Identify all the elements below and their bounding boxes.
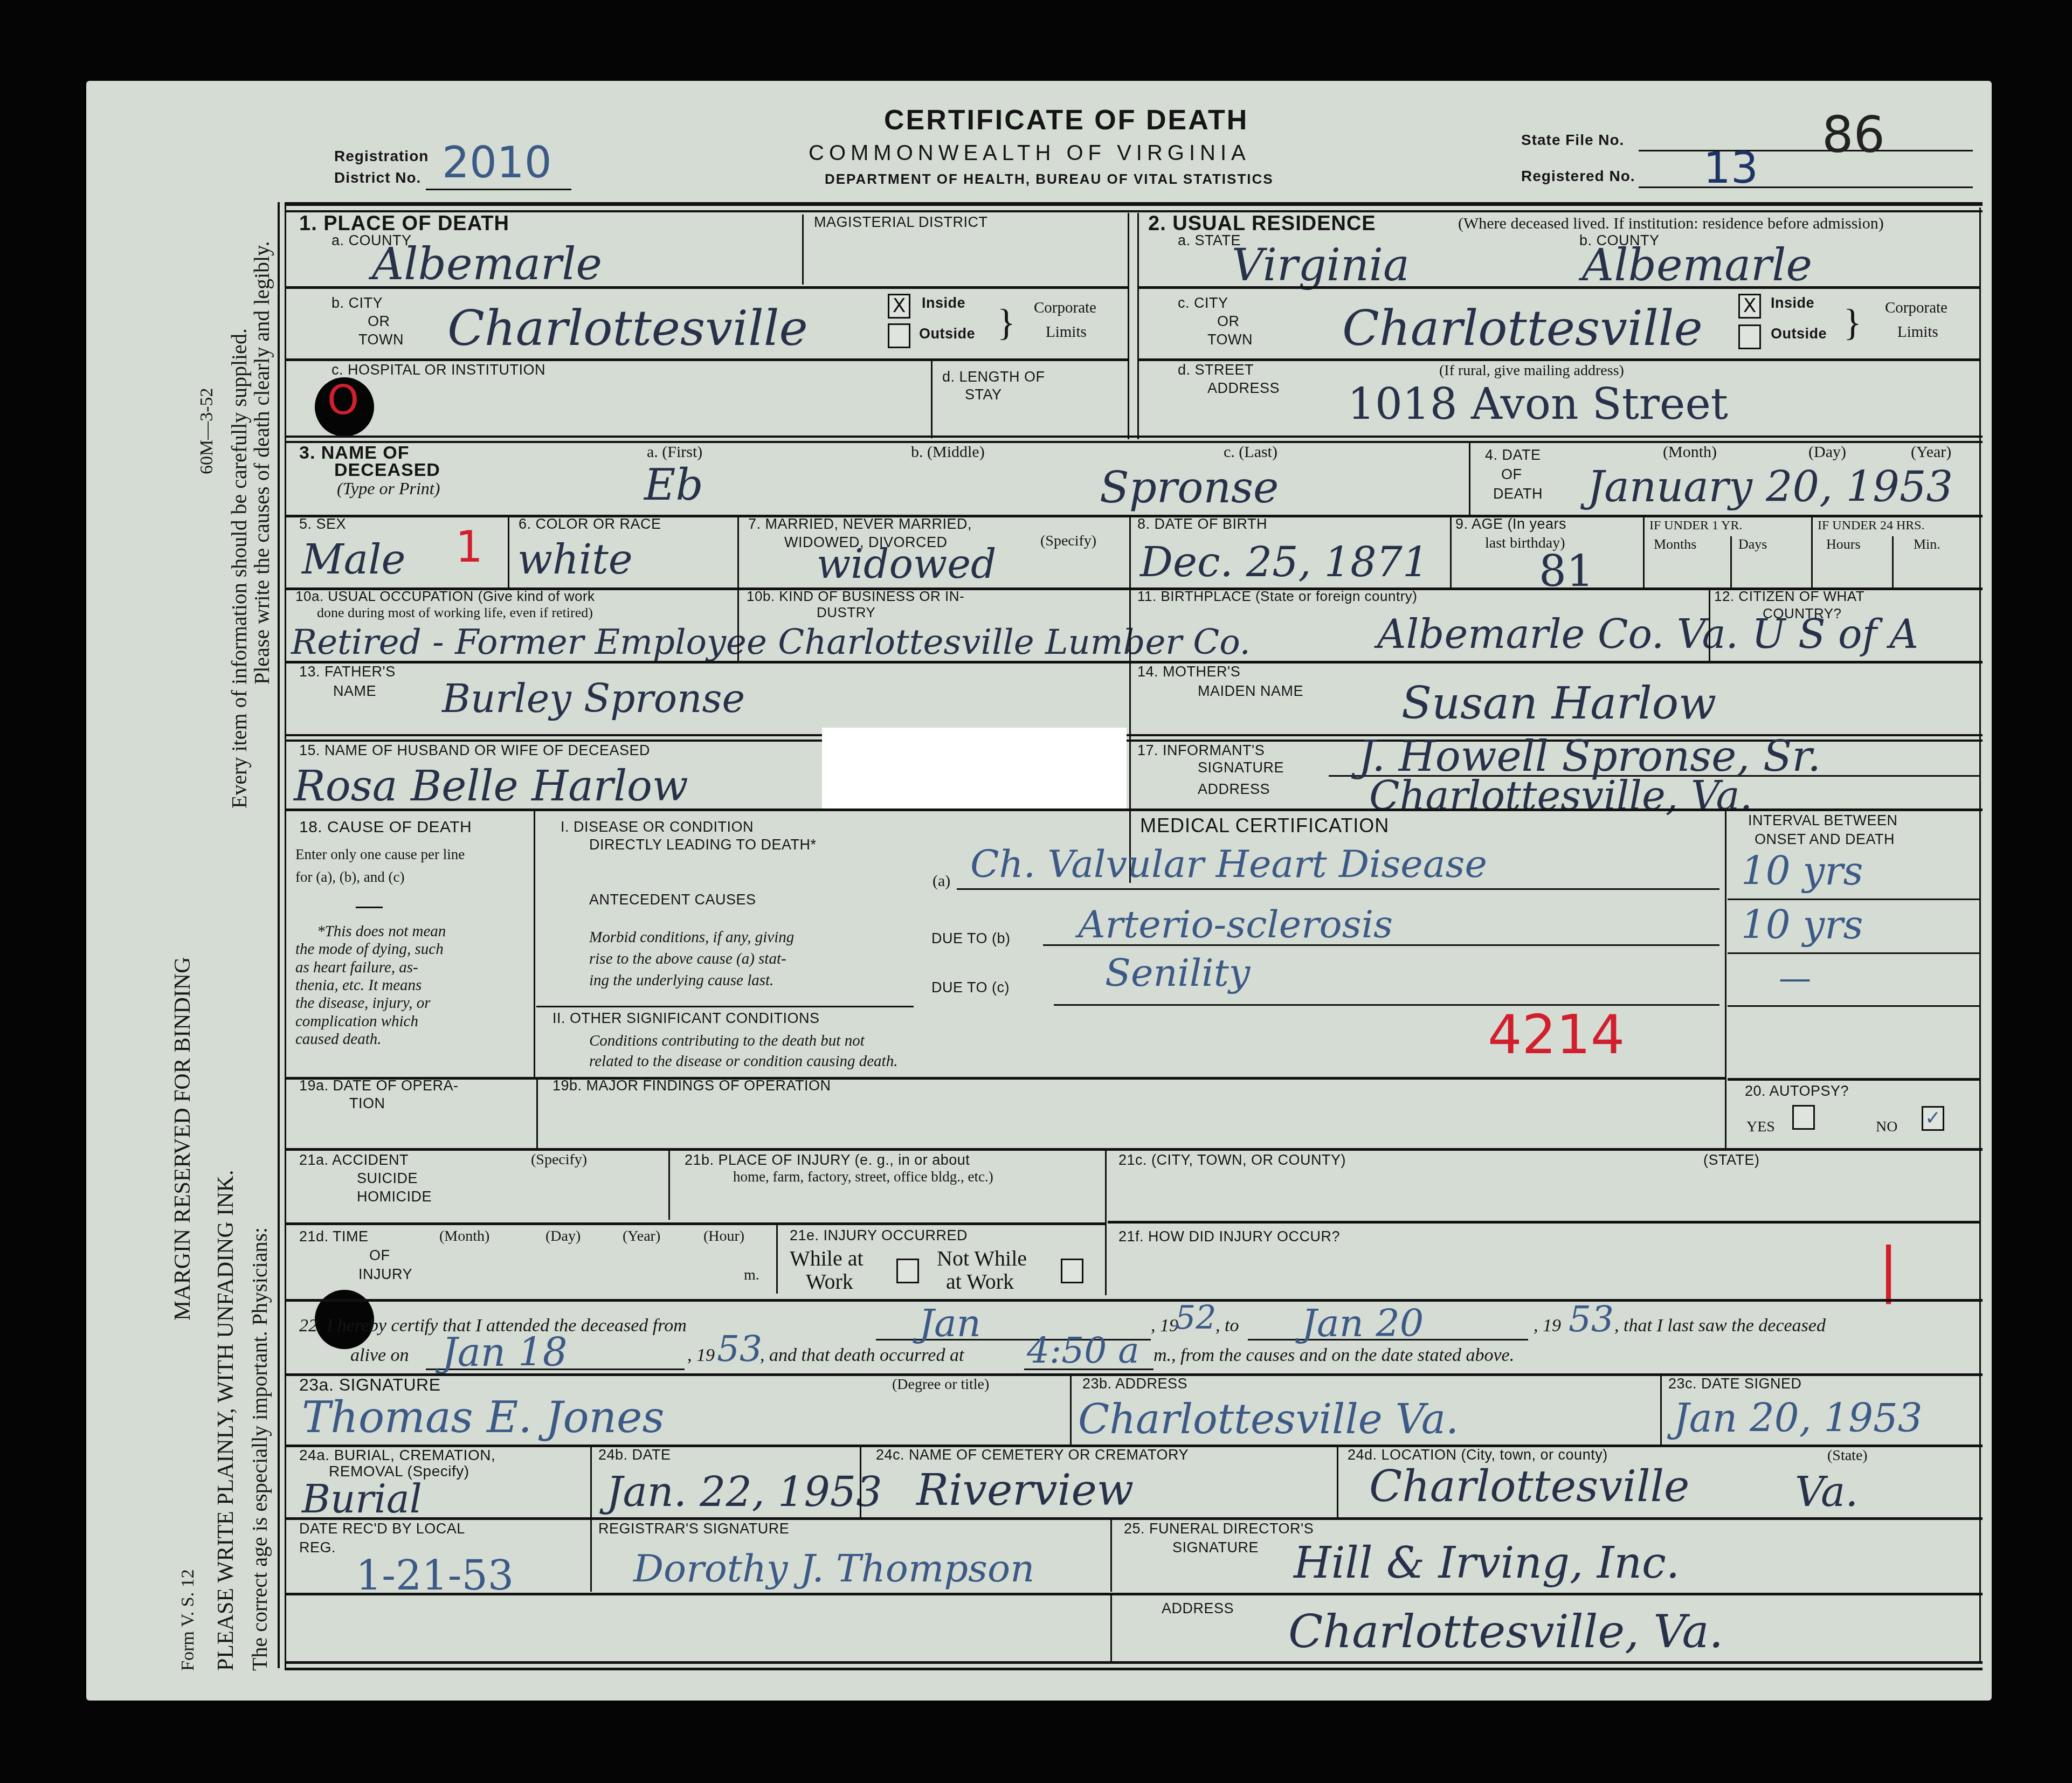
margin-reserved: MARGIN RESERVED FOR BINDING bbox=[170, 957, 196, 1321]
pod-outside-checkbox[interactable] bbox=[888, 323, 910, 348]
while-at-work-label-2: Work bbox=[806, 1269, 853, 1294]
injury-city-label: 21c. (CITY, TOWN, OR COUNTY) bbox=[1118, 1152, 1346, 1169]
age: 81 bbox=[1539, 550, 1594, 593]
burial-date: Jan. 22, 1953 bbox=[606, 1471, 882, 1512]
date-received-label-2: REG. bbox=[299, 1540, 336, 1556]
date-signed-label: 23c. DATE SIGNED bbox=[1668, 1376, 1802, 1392]
date-received-label: DATE REC'D BY LOCAL bbox=[299, 1521, 465, 1537]
res-city: Charlottesville bbox=[1342, 305, 1703, 353]
state-file-label: State File No. bbox=[1521, 132, 1624, 149]
pod-limits-label: Limits bbox=[1046, 323, 1087, 341]
sex-code: 1 bbox=[455, 526, 483, 569]
part2-note-1: Conditions contributing to the death but… bbox=[589, 1032, 865, 1050]
state-file-no: 86 bbox=[1822, 110, 1885, 160]
district-label: District No. bbox=[334, 170, 421, 186]
marital-specify-label: (Specify) bbox=[1040, 533, 1096, 550]
morbid-note-3: ing the underlying cause last. bbox=[589, 972, 773, 990]
marital-status: widowed bbox=[817, 544, 996, 584]
birthplace: Albemarle Co. Va. bbox=[1377, 614, 1738, 654]
res-city-label: c. CITY bbox=[1178, 295, 1228, 312]
under-24hrs-label: IF UNDER 24 HRS. bbox=[1818, 519, 1925, 534]
date-signed: Jan 20, 1953 bbox=[1674, 1399, 1923, 1438]
time-of-injury-label-2: OF bbox=[369, 1248, 390, 1264]
certificate-title: CERTIFICATE OF DEATH bbox=[884, 105, 1248, 136]
operation-date-label: 19a. DATE OF OPERA- bbox=[299, 1078, 459, 1094]
injury-state-label: (STATE) bbox=[1703, 1152, 1760, 1169]
red-tick-mark: | bbox=[1878, 1240, 1898, 1299]
registered-label: Registered No. bbox=[1521, 168, 1635, 185]
place-of-injury-label: 21b. PLACE OF INJURY (e. g., in or about bbox=[685, 1152, 970, 1169]
degree-label: (Degree or title) bbox=[892, 1376, 989, 1393]
res-street-label: d. STREET bbox=[1178, 362, 1254, 378]
sex-label: 5. SEX bbox=[299, 516, 346, 533]
brace-icon: } bbox=[997, 302, 1016, 345]
cause-a-label: (a) bbox=[933, 872, 950, 891]
first-name-label: a. (First) bbox=[647, 443, 702, 462]
last-seen-year: 53 bbox=[717, 1331, 762, 1367]
res-outside-checkbox[interactable] bbox=[1738, 324, 1761, 349]
autopsy-yes-label: YES bbox=[1746, 1118, 1775, 1136]
last-seen-alive: Jan 18 bbox=[442, 1333, 568, 1372]
antecedent-label: ANTECEDENT CAUSES bbox=[589, 892, 756, 908]
while-at-work-checkbox[interactable] bbox=[896, 1259, 919, 1283]
race-label: 6. COLOR OR RACE bbox=[519, 516, 661, 533]
accident-label: 21a. ACCIDENT bbox=[299, 1152, 409, 1169]
business-label: 10b. KIND OF BUSINESS OR IN- bbox=[747, 589, 964, 604]
how-injury-label: 21f. HOW DID INJURY OCCUR? bbox=[1118, 1229, 1340, 1245]
registration-label: Registration bbox=[334, 148, 429, 165]
res-outside-label: Outside bbox=[1771, 326, 1827, 342]
date-of-death: January 20, 1953 bbox=[1587, 466, 1953, 508]
middle-name-label: b. (Middle) bbox=[911, 443, 985, 462]
interval-label-2: ONSET AND DEATH bbox=[1755, 832, 1895, 848]
not-while-at-work-label-2: at Work bbox=[946, 1269, 1014, 1294]
dob-label: 8. DATE OF BIRTH bbox=[1137, 516, 1267, 533]
cause-of-death-label: 18. CAUSE OF DEATH bbox=[299, 818, 472, 836]
burial-type-label: 24a. BURIAL, CREMATION, bbox=[299, 1447, 495, 1464]
physician-signature-label: 23a. SIGNATURE bbox=[299, 1376, 440, 1394]
suicide-label: SUICIDE bbox=[357, 1171, 418, 1187]
res-address-label: ADDRESS bbox=[1207, 381, 1280, 397]
name-label-3: (Type or Print) bbox=[337, 479, 440, 499]
pod-outside-label: Outside bbox=[919, 326, 975, 342]
cause-c: Senility bbox=[1105, 954, 1250, 992]
last-name: Spronse bbox=[1100, 466, 1279, 509]
cause-instr-2: for (a), (b), and (c) bbox=[295, 869, 404, 886]
race: white bbox=[517, 539, 633, 580]
cemetery-label: 24c. NAME OF CEMETERY OR CREMATORY bbox=[876, 1447, 1189, 1463]
funeral-director-label: 25. FUNERAL DIRECTOR'S bbox=[1124, 1521, 1314, 1537]
morbid-note-2: rise to the above cause (a) stat- bbox=[589, 950, 786, 968]
margin-careful: Every item of information should be care… bbox=[226, 328, 252, 808]
part1-label: I. DISEASE OR CONDITION bbox=[561, 819, 754, 835]
injury-m-label: m. bbox=[744, 1267, 759, 1284]
autopsy-no-label: NO bbox=[1876, 1118, 1897, 1136]
pod-city-label-or: OR bbox=[368, 314, 390, 330]
citizenship: U S of A bbox=[1752, 614, 1918, 654]
dod-month-label: (Month) bbox=[1663, 443, 1717, 462]
length-of-stay-label: d. LENGTH OF bbox=[942, 369, 1045, 385]
accident-specify-label: (Specify) bbox=[531, 1151, 587, 1169]
magisterial-district-label: MAGISTERIAL DISTRICT bbox=[814, 215, 988, 231]
cause-b: Arterio-sclerosis bbox=[1078, 906, 1393, 943]
operation-findings-label: 19b. MAJOR FINDINGS OF OPERATION bbox=[552, 1078, 831, 1094]
while-at-work-label: While at bbox=[790, 1246, 864, 1271]
medical-certification-label: MEDICAL CERTIFICATION bbox=[1140, 815, 1389, 837]
attended-to-year: 53 bbox=[1569, 1302, 1614, 1337]
spouse-label: 15. NAME OF HUSBAND OR WIFE OF DECEASED bbox=[299, 743, 650, 759]
last-name-label: c. (Last) bbox=[1224, 443, 1277, 462]
homicide-label: HOMICIDE bbox=[357, 1189, 432, 1205]
autopsy-label: 20. AUTOPSY? bbox=[1745, 1083, 1849, 1100]
commonwealth-title: COMMONWEALTH OF VIRGINIA bbox=[809, 141, 1251, 165]
first-name: Eb bbox=[644, 464, 703, 507]
res-limits-label: Limits bbox=[1897, 323, 1938, 341]
cause-note: *This does not mean the mode of dying, s… bbox=[295, 923, 524, 1048]
time-of-injury-label: 21d. TIME bbox=[299, 1229, 369, 1245]
funeral-address-label: ADDRESS bbox=[1162, 1601, 1234, 1617]
business-label-2: DUSTRY bbox=[817, 605, 875, 620]
mother-label: 14. MOTHER'S bbox=[1137, 664, 1240, 680]
marital-label: 7. MARRIED, NEVER MARRIED, bbox=[748, 516, 972, 533]
occupation-label: 10a. USUAL OCCUPATION (Give kind of work bbox=[295, 589, 595, 604]
res-corporate-label: Corporate bbox=[1885, 299, 1947, 317]
dod-label: 4. DATE bbox=[1485, 447, 1541, 464]
time-of-death: 4:50 a bbox=[1027, 1333, 1139, 1369]
injury-occurred-label: 21e. INJURY OCCURRED bbox=[790, 1228, 968, 1244]
interval-label: INTERVAL BETWEEN bbox=[1748, 813, 1898, 829]
redacted-field-16 bbox=[822, 728, 1127, 808]
funeral-director-label-2: SIGNATURE bbox=[1172, 1540, 1259, 1556]
res-inside-label: Inside bbox=[1771, 295, 1814, 312]
physician-signature: Thomas E. Jones bbox=[302, 1396, 665, 1439]
citizen-label: 12. CITIZEN OF WHAT bbox=[1714, 589, 1864, 604]
injury-day-label: (Day) bbox=[545, 1228, 581, 1245]
mother-label-2: MAIDEN NAME bbox=[1198, 683, 1303, 700]
disposition: Burial bbox=[302, 1480, 422, 1518]
funeral-director-signature: Hill & Irving, Inc. bbox=[1294, 1542, 1680, 1585]
interval-a: 10 yrs bbox=[1741, 852, 1863, 890]
min-label: Min. bbox=[1914, 536, 1940, 552]
cause-b-label: DUE TO (b) bbox=[931, 931, 1011, 947]
dod-label-3: DEATH bbox=[1493, 486, 1543, 502]
pod-county: Albemarle bbox=[372, 243, 602, 287]
margin-age: The correct age is especially important.… bbox=[247, 1227, 272, 1671]
res-street: 1018 Avon Street bbox=[1348, 383, 1728, 426]
hours-label: Hours bbox=[1826, 536, 1861, 552]
margin-form-code: 60M—3-52 bbox=[197, 388, 217, 474]
length-of-stay-label-2: STAY bbox=[965, 387, 1002, 403]
dod-year-label: (Year) bbox=[1911, 443, 1951, 462]
place-of-injury-note: home, farm, factory, street, office bldg… bbox=[733, 1169, 993, 1185]
cemetery-name: Riverview bbox=[916, 1469, 1134, 1512]
age-label: 9. AGE (In years bbox=[1455, 516, 1566, 533]
attended-from-year: 52 bbox=[1175, 1302, 1216, 1334]
autopsy-no-checkbox[interactable]: ✓ bbox=[1922, 1106, 1944, 1131]
margin-causes: Please write the causes of death clearly… bbox=[249, 241, 274, 685]
registration-district-no: 2010 bbox=[442, 141, 552, 184]
morbid-note-1: Morbid conditions, if any, giving bbox=[589, 929, 794, 946]
funeral-address: Charlottesville, Va. bbox=[1288, 1609, 1723, 1654]
birthplace-label: 11. BIRTHPLACE (State or foreign country… bbox=[1137, 589, 1418, 604]
injury-hour-label: (Hour) bbox=[703, 1228, 744, 1245]
interval-c: — bbox=[1779, 962, 1811, 994]
informant-signature: J. Howell Spronse, Sr. bbox=[1358, 736, 1821, 778]
spouse-name: Rosa Belle Harlow bbox=[294, 765, 688, 807]
informant-label-2: SIGNATURE bbox=[1198, 760, 1284, 776]
cause-code: 4214 bbox=[1488, 1008, 1625, 1062]
dod-day-label: (Day) bbox=[1808, 443, 1846, 462]
burial-date-label: 24b. DATE bbox=[598, 1447, 671, 1463]
attended-to: Jan 20 bbox=[1302, 1304, 1424, 1342]
part1-label-2: DIRECTLY LEADING TO DEATH* bbox=[589, 837, 817, 853]
cause-instr-1: Enter only one cause per line bbox=[295, 846, 465, 863]
date-received: 1-21-53 bbox=[356, 1555, 514, 1596]
occupation: Retired - Former Employee Charlottesvill… bbox=[291, 625, 1251, 660]
not-while-at-work-checkbox[interactable] bbox=[1061, 1259, 1083, 1283]
hospital-label: c. HOSPITAL OR INSTITUTION bbox=[331, 362, 545, 378]
res-city-label-or: OR bbox=[1217, 314, 1240, 330]
days-label: Days bbox=[1738, 536, 1767, 552]
sex: Male bbox=[302, 539, 405, 580]
margin-plainly: PLEASE WRITE PLAINLY, WITH UNFADING INK. bbox=[213, 1170, 239, 1671]
pod-city-label-town: TOWN bbox=[358, 332, 404, 348]
part2-label: II. OTHER SIGNIFICANT CONDITIONS bbox=[552, 1011, 820, 1027]
res-county: Albemarle bbox=[1582, 244, 1812, 288]
informant-label: 17. INFORMANT'S bbox=[1137, 743, 1265, 759]
residence-note: (Where deceased lived. If institution: r… bbox=[1458, 215, 1884, 233]
injury-year-label: (Year) bbox=[623, 1228, 660, 1245]
pod-corporate-label: Corporate bbox=[1034, 299, 1096, 317]
cause-c-label: DUE TO (c) bbox=[931, 980, 1010, 996]
interval-b: 10 yrs bbox=[1741, 906, 1863, 944]
father-name: Burley Spronse bbox=[442, 679, 745, 718]
res-inside-checkbox[interactable]: X bbox=[1738, 294, 1761, 319]
registrar-signature: Dorothy J. Thompson bbox=[633, 1550, 1034, 1587]
date-of-birth: Dec. 25, 1871 bbox=[1140, 542, 1428, 583]
attended-from: Jan bbox=[919, 1304, 981, 1342]
registered-no: 13 bbox=[1703, 147, 1758, 190]
brace-icon: } bbox=[1843, 302, 1862, 345]
not-while-at-work-label: Not While bbox=[937, 1246, 1027, 1271]
pod-inside-label: Inside bbox=[922, 295, 965, 312]
operation-date-label-2: TION bbox=[349, 1096, 385, 1112]
physician-address-label: 23b. ADDRESS bbox=[1082, 1376, 1187, 1392]
res-city-label-town: TOWN bbox=[1207, 332, 1253, 348]
registrar-signature-label: REGISTRAR'S SIGNATURE bbox=[598, 1521, 789, 1537]
pod-inside-checkbox[interactable]: X bbox=[888, 294, 910, 319]
rural-note: (If rural, give mailing address) bbox=[1439, 362, 1624, 379]
department-title: DEPARTMENT OF HEALTH, BUREAU OF VITAL ST… bbox=[825, 171, 1274, 187]
months-label: Months bbox=[1654, 536, 1696, 552]
father-label: 13. FATHER'S bbox=[299, 664, 396, 680]
father-label-2: NAME bbox=[333, 683, 376, 700]
pod-city-label: b. CITY bbox=[331, 295, 383, 312]
pod-city: Charlottesville bbox=[447, 305, 808, 353]
burial-location: Charlottesville bbox=[1369, 1465, 1689, 1508]
name-label-2: DECEASED bbox=[334, 460, 440, 480]
autopsy-yes-checkbox[interactable] bbox=[1792, 1105, 1815, 1130]
informant-address-label: ADDRESS bbox=[1198, 782, 1270, 798]
burial-state-label: (State) bbox=[1827, 1447, 1868, 1464]
burial-state: Va. bbox=[1795, 1471, 1858, 1512]
margin-form-no: Form V. S. 12 bbox=[178, 1569, 198, 1671]
occupation-label-2: done during most of working life, even i… bbox=[317, 605, 593, 621]
dod-label-2: OF bbox=[1501, 467, 1522, 483]
res-state: Virginia bbox=[1232, 244, 1410, 288]
hospital-value: O bbox=[327, 380, 359, 420]
time-of-injury-label-3: INJURY bbox=[358, 1267, 412, 1283]
part2-note-2: related to the disease or condition caus… bbox=[589, 1053, 897, 1070]
under-1yr-label: IF UNDER 1 YR. bbox=[1649, 519, 1742, 534]
cause-a: Ch. Valvular Heart Disease bbox=[970, 845, 1487, 883]
physician-address: Charlottesville Va. bbox=[1078, 1399, 1459, 1440]
injury-month-label: (Month) bbox=[439, 1228, 489, 1245]
mother-maiden-name: Susan Harlow bbox=[1401, 682, 1716, 726]
